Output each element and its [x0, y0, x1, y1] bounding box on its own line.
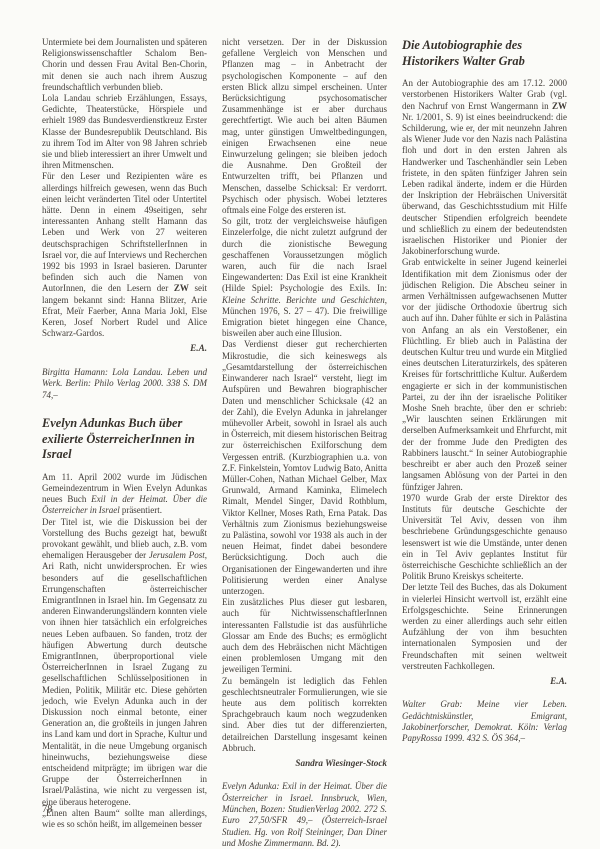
emphasized-text: ZW: [174, 283, 189, 293]
emphasized-text: Kleine Schritte. Berichte und Geschichte…: [222, 295, 385, 305]
reviewer-signature: Sandra Wiesinger-Stock: [222, 758, 387, 769]
text-run: Walter Grab: Meine vier Leben. Gedächtni…: [402, 699, 567, 743]
column-3: Die Autobiographie des Historikers Walte…: [402, 37, 567, 745]
text-run: , Ari Rath, nicht unwidersprochen. Er wi…: [42, 550, 207, 806]
page-number: 78: [42, 804, 53, 815]
body-paragraph: Für den Leser und Rezipienten wäre es al…: [42, 171, 207, 339]
body-paragraph: Grab entwickelte in seiner Jugend keiner…: [402, 257, 567, 492]
text-run: An der Autobiographie des am 17.12. 2000…: [402, 78, 567, 110]
text-run: E.A.: [190, 343, 207, 353]
body-paragraph: So gilt, trotz der vergleichsweise häufi…: [222, 216, 387, 339]
text-run: 1970 wurde Grab der erste Direktor des I…: [402, 493, 567, 581]
text-run: „Einen alten Baum“ sollte man allerdings…: [42, 808, 207, 829]
book-citation: Walter Grab: Meine vier Leben. Gedächtni…: [402, 699, 567, 745]
reviewer-signature: E.A.: [42, 343, 207, 354]
body-paragraph: 1970 wurde Grab der erste Direktor des I…: [402, 493, 567, 583]
book-citation: Evelyn Adunka: Exil in der Heimat. Über …: [222, 781, 387, 849]
column-2: nicht versetzen. Der in der Diskussion g…: [222, 37, 387, 849]
text-columns: Untermiete bei dem Journalisten und spät…: [42, 37, 567, 849]
body-paragraph: „Einen alten Baum“ sollte man allerdings…: [42, 808, 207, 830]
text-run: Der letzte Teil des Buches, das als Doku…: [402, 582, 567, 670]
journal-page: Untermiete bei dem Journalisten und spät…: [0, 0, 600, 849]
body-paragraph: Zu bemängeln ist lediglich das Fehlen ge…: [222, 676, 387, 754]
body-paragraph: Ein zusätzliches Plus dieser gut lesbare…: [222, 597, 387, 675]
text-run: E.A.: [550, 676, 567, 686]
body-paragraph: Der Titel ist, wie die Diskussion bei de…: [42, 517, 207, 808]
review-heading: Die Autobiographie des Historikers Walte…: [402, 38, 567, 69]
reviewer-signature: E.A.: [402, 676, 567, 687]
text-run: Ein zusätzliches Plus dieser gut lesbare…: [222, 597, 387, 674]
column-1: Untermiete bei dem Journalisten und spät…: [42, 37, 207, 830]
body-paragraph: nicht versetzen. Der in der Diskussion g…: [222, 37, 387, 216]
body-paragraph: Am 11. April 2002 wurde im Jüdischen Gem…: [42, 472, 207, 517]
body-paragraph: Der letzte Teil des Buches, das als Doku…: [402, 582, 567, 672]
text-run: Sandra Wiesinger-Stock: [295, 758, 387, 768]
text-run: Die Autobiographie des Historikers Walte…: [402, 38, 525, 68]
emphasized-text: ZW: [552, 101, 567, 111]
text-run: Birgitta Hamann: Lola Landau. Leben und …: [42, 367, 207, 400]
text-run: nicht versetzen. Der in der Diskussion g…: [222, 37, 387, 215]
text-run: So gilt, trotz der vergleichsweise häufi…: [222, 216, 387, 293]
body-paragraph: Lola Landau schrieb Erzählungen, Essays,…: [42, 93, 207, 171]
text-run: Nr. 1/2001, S. 9) ist eines beeindrucken…: [402, 112, 567, 256]
book-citation: Birgitta Hamann: Lola Landau. Leben und …: [42, 367, 207, 401]
body-paragraph: Das Verdienst dieser gut recherchierten …: [222, 339, 387, 597]
review-heading: Evelyn Adunkas Buch über exilierte Öster…: [42, 416, 207, 463]
text-run: Grab entwickelte in seiner Jugend keiner…: [402, 257, 567, 491]
text-run: Das Verdienst dieser gut recherchierten …: [222, 339, 387, 595]
text-run: Lola Landau schrieb Erzählungen, Essays,…: [42, 93, 207, 170]
text-run: Untermiete bei dem Journalisten und spät…: [42, 37, 207, 92]
text-run: Zu bemängeln ist lediglich das Fehlen ge…: [222, 676, 387, 753]
text-run: präsentiert.: [120, 505, 162, 515]
body-paragraph: Untermiete bei dem Journalisten und spät…: [42, 37, 207, 93]
body-paragraph: An der Autobiographie des am 17.12. 2000…: [402, 78, 567, 257]
emphasized-text: Jerusalem Post: [149, 550, 205, 560]
text-run: Evelyn Adunka: Exil in der Heimat. Über …: [222, 781, 387, 848]
text-run: Für den Leser und Rezipienten wäre es al…: [42, 171, 207, 293]
text-run: Evelyn Adunkas Buch über exilierte Öster…: [42, 416, 195, 461]
